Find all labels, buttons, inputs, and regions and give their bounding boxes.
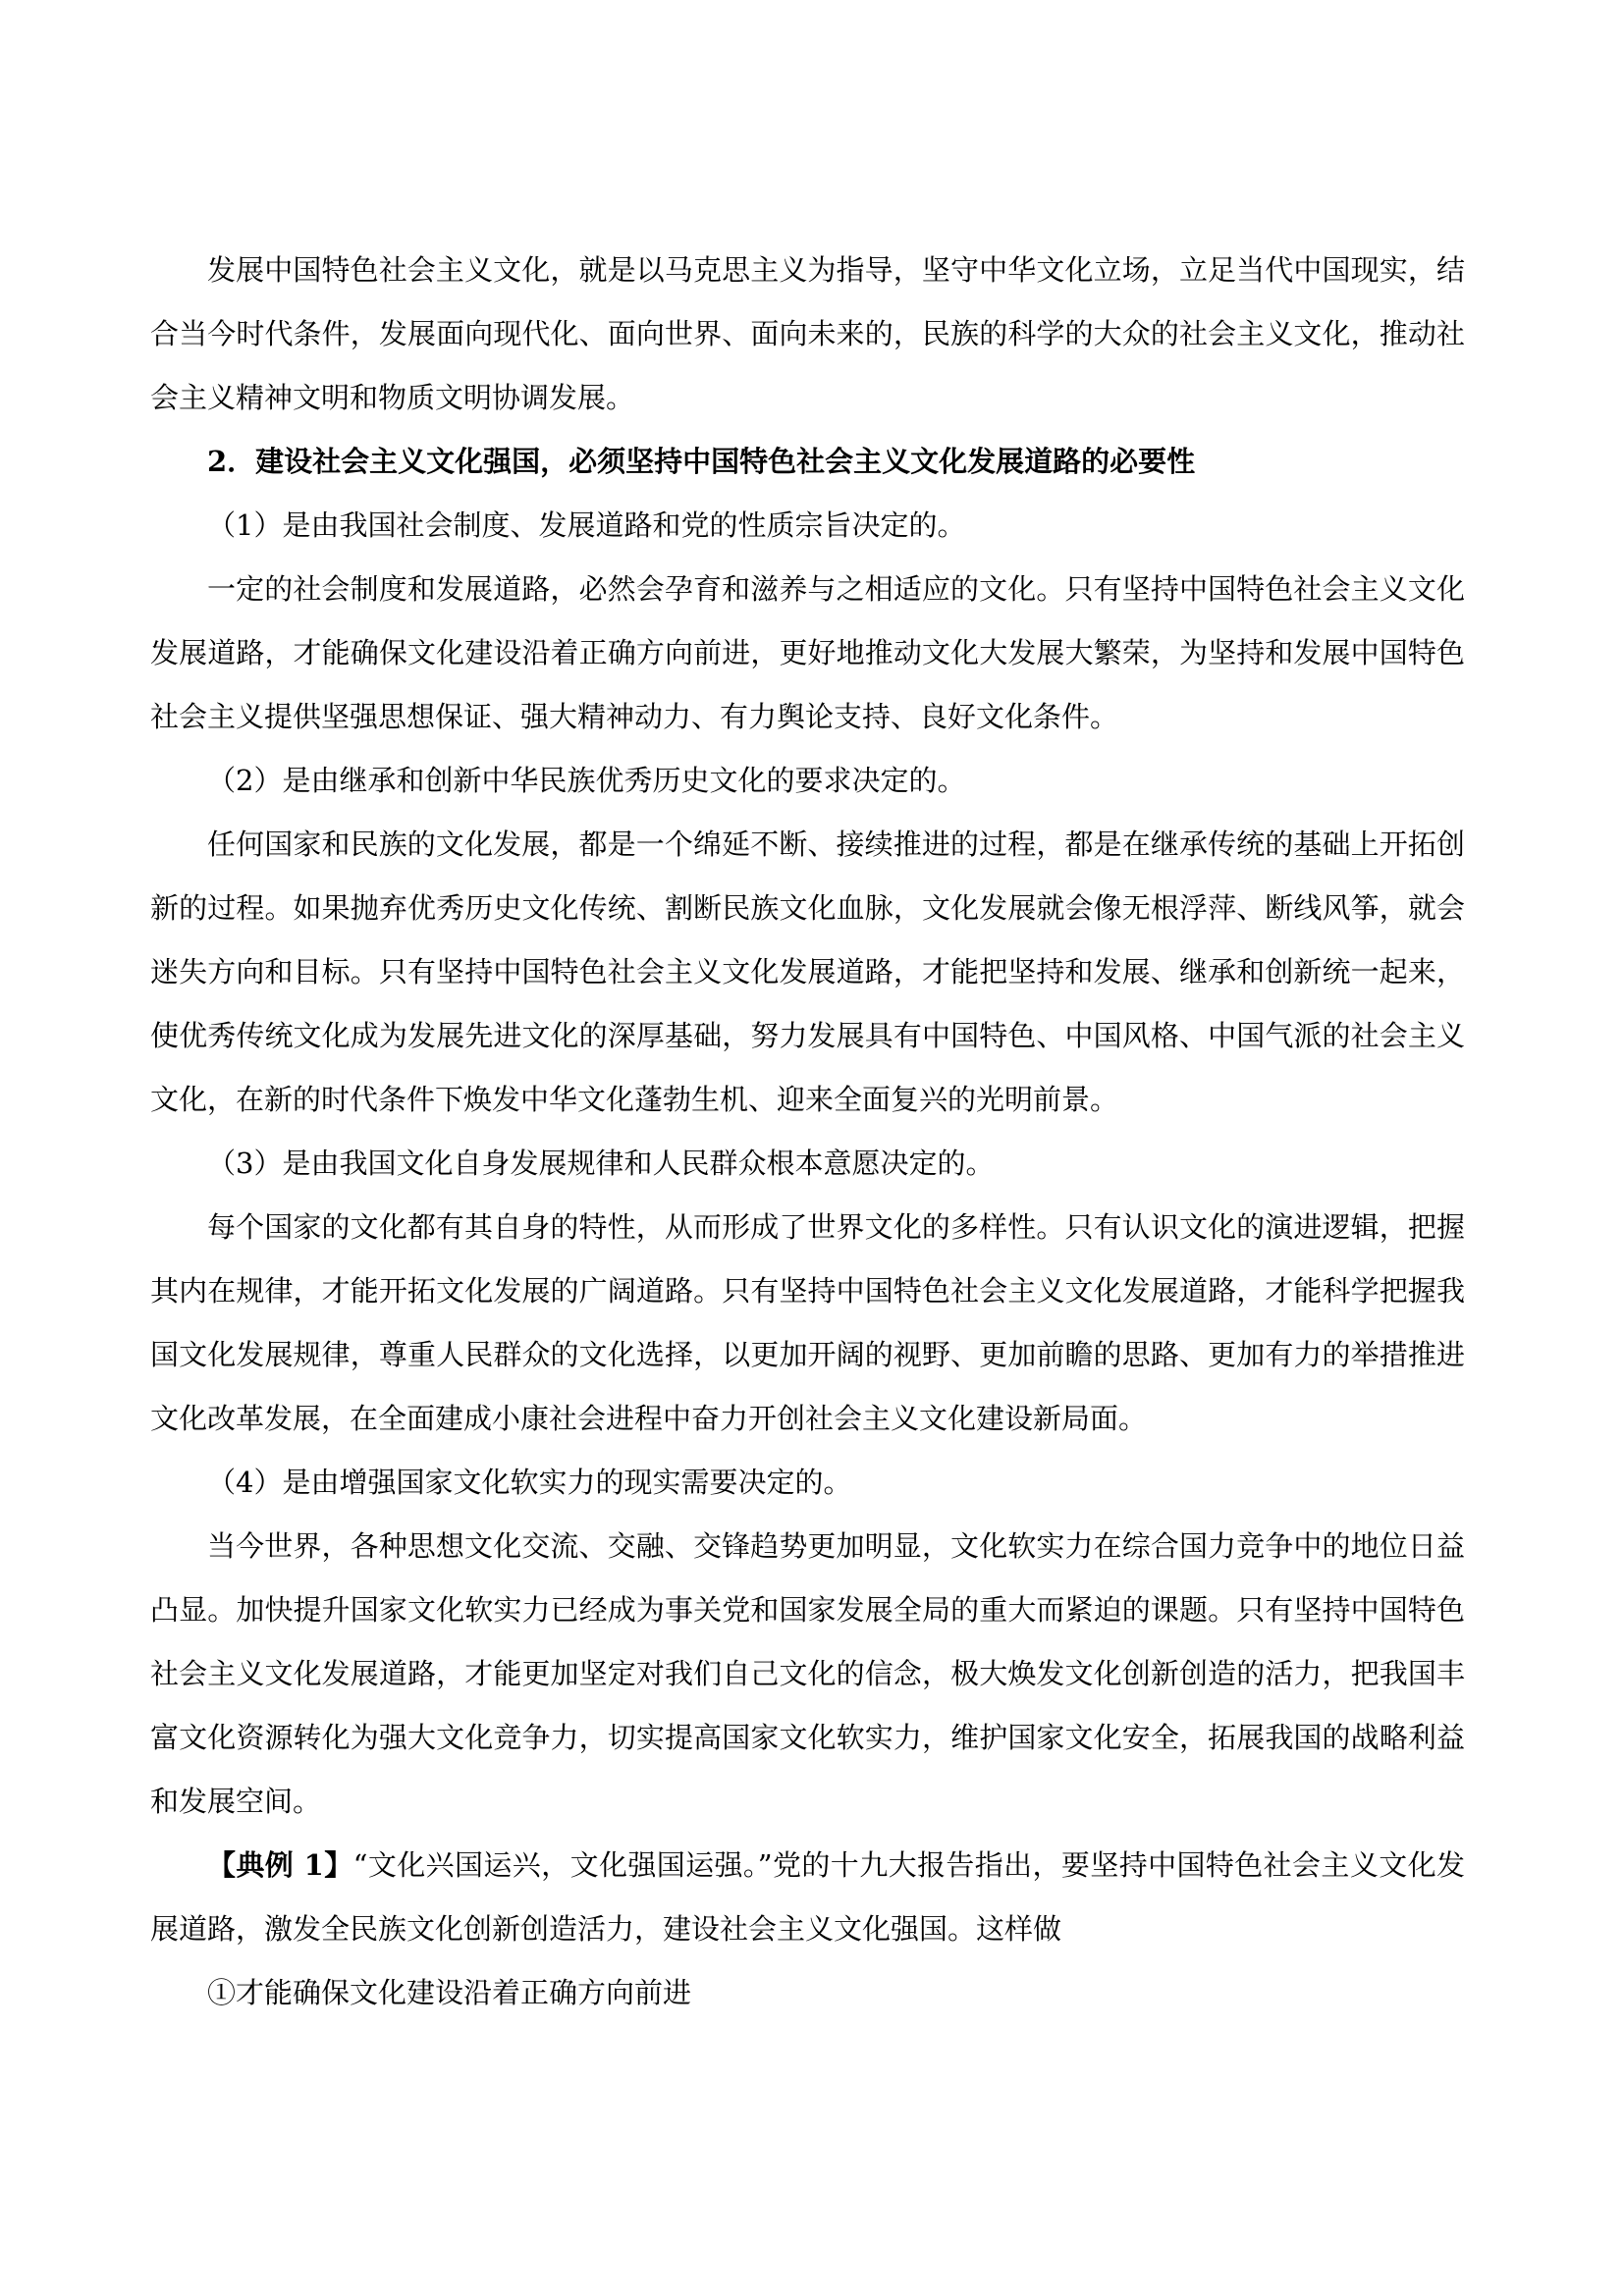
intro-paragraph: 发展中国特色社会主义文化，就是以马克思主义为指导，坚守中华文化立场，立足当代中国… xyxy=(150,239,1465,430)
point-3-heading: （3）是由我国文化自身发展规律和人民群众根本意愿决定的。 xyxy=(150,1132,1465,1196)
point-3-body: 每个国家的文化都有其自身的特性，从而形成了世界文化的多样性。只有认识文化的演进逻… xyxy=(150,1196,1465,1451)
paragraph-text: 每个国家的文化都有其自身的特性，从而形成了世界文化的多样性。只有认识文化的演进逻… xyxy=(150,1210,1465,1435)
point-4-body: 当今世界，各种思想文化交流、交融、交锋趋势更加明显，文化软实力在综合国力竞争中的… xyxy=(150,1515,1465,1834)
paragraph-text: 发展中国特色社会主义文化，就是以马克思主义为指导，坚守中华文化立场，立足当代中国… xyxy=(150,253,1465,414)
paragraph-text: （4）是由增强国家文化软实力的现实需要决定的。 xyxy=(207,1466,851,1499)
paragraph-list: 发展中国特色社会主义文化，就是以马克思主义为指导，坚守中华文化立场，立足当代中国… xyxy=(150,239,1465,2025)
page: { "page": { "background_color": "#ffffff… xyxy=(0,0,1624,2296)
paragraph-text: （2）是由继承和创新中华民族优秀历史文化的要求决定的。 xyxy=(207,764,965,797)
paragraph-text: （3）是由我国文化自身发展规律和人民群众根本意愿决定的。 xyxy=(207,1147,994,1180)
paragraph-text: ①才能确保文化建设沿着正确方向前进 xyxy=(207,1976,691,2009)
point-1-heading: （1）是由我国社会制度、发展道路和党的性质宗旨决定的。 xyxy=(150,494,1465,558)
paragraph-text: 2．建设社会主义文化强国，必须坚持中国特色社会主义文化发展道路的必要性 xyxy=(207,445,1195,478)
paragraph-text: 当今世界，各种思想文化交流、交融、交锋趋势更加明显，文化软实力在综合国力竞争中的… xyxy=(150,1529,1465,1818)
point-2-body: 任何国家和民族的文化发展，都是一个绵延不断、接续推进的过程，都是在继承传统的基础… xyxy=(150,813,1465,1132)
section-2-heading: 2．建设社会主义文化强国，必须坚持中国特色社会主义文化发展道路的必要性 xyxy=(150,430,1465,494)
paragraph-text: 一定的社会制度和发展道路，必然会孕育和滋养与之相适应的文化。只有坚持中国特色社会… xyxy=(150,572,1465,733)
example-1-paragraph: 【典例 1】“文化兴国运兴，文化强国运强。”党的十九大报告指出，要坚持中国特色社… xyxy=(150,1834,1465,1961)
option-line-1: ①才能确保文化建设沿着正确方向前进 xyxy=(150,1961,1465,2025)
point-1-body: 一定的社会制度和发展道路，必然会孕育和滋养与之相适应的文化。只有坚持中国特色社会… xyxy=(150,558,1465,749)
paragraph-text: （1）是由我国社会制度、发展道路和党的性质宗旨决定的。 xyxy=(207,508,965,542)
paragraph-text: 任何国家和民族的文化发展，都是一个绵延不断、接续推进的过程，都是在继承传统的基础… xyxy=(150,828,1465,1116)
example-label: 【典例 1】 xyxy=(207,1848,353,1882)
document-page: 发展中国特色社会主义文化，就是以马克思主义为指导，坚守中华文化立场，立足当代中国… xyxy=(0,0,1624,2296)
point-2-heading: （2）是由继承和创新中华民族优秀历史文化的要求决定的。 xyxy=(150,749,1465,813)
point-4-heading: （4）是由增强国家文化软实力的现实需要决定的。 xyxy=(150,1451,1465,1515)
